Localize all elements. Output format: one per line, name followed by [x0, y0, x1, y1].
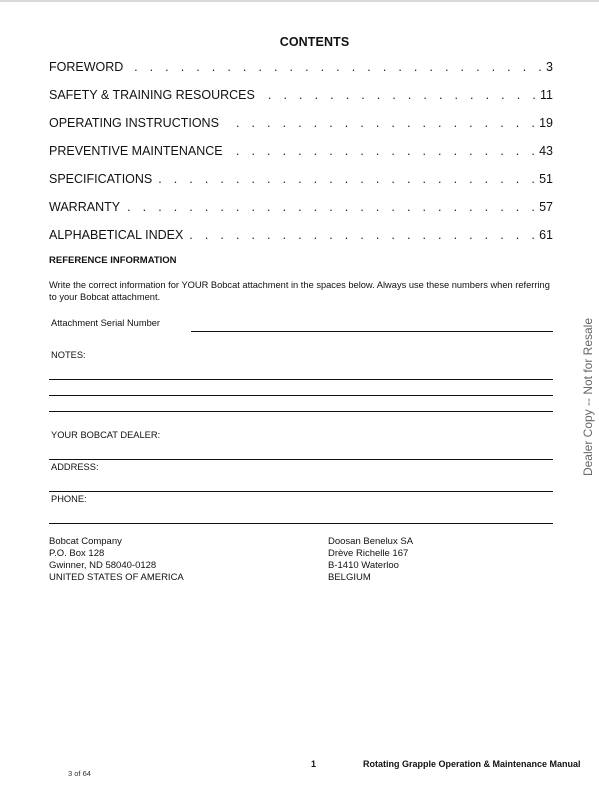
doosan-benelux-address: Doosan Benelux SA Drève Richelle 167 B-1… — [328, 536, 413, 584]
address-line: P.O. Box 128 — [49, 548, 184, 560]
address-line: Drève Richelle 167 — [328, 548, 413, 560]
toc-entry-operating[interactable]: OPERATING INSTRUCTIONS . . . . . . . . .… — [49, 116, 553, 132]
toc-leader-dots: . . . . . . . . . . . . . . . . . . . . … — [127, 60, 546, 74]
toc-leader-dots: . . . . . . . . . . . . . . . . . . . . … — [156, 172, 539, 186]
toc-entry-label: FOREWORD — [49, 60, 127, 74]
toc-entry-page: 11 — [540, 88, 553, 102]
toc-entry-specifications[interactable]: SPECIFICATIONS . . . . . . . . . . . . .… — [49, 172, 553, 188]
toc-entry-page: 3 — [546, 60, 553, 74]
notes-line — [49, 395, 553, 396]
address-line: Bobcat Company — [49, 536, 184, 548]
toc-entry-label: PREVENTIVE MAINTENANCE — [49, 144, 227, 158]
toc-entry-label: OPERATING INSTRUCTIONS — [49, 116, 223, 130]
serial-number-label: Attachment Serial Number — [51, 318, 160, 328]
toc-leader-dots: . . . . . . . . . . . . . . . . . . . . … — [227, 144, 539, 158]
toc-leader-dots: . . . . . . . . . . . . . . . . . . . . … — [124, 200, 539, 214]
page-count-indicator: 3 of 64 — [68, 769, 91, 778]
toc-leader-dots: . . . . . . . . . . . . . . . . . . . . … — [187, 228, 539, 242]
toc-entry-page: 43 — [539, 144, 553, 158]
toc-entry-safety[interactable]: SAFETY & TRAINING RESOURCES . . . . . . … — [49, 88, 553, 104]
toc-entry-page: 51 — [539, 172, 553, 186]
toc-entry-label: SAFETY & TRAINING RESOURCES — [49, 88, 259, 102]
bobcat-company-address: Bobcat Company P.O. Box 128 Gwinner, ND … — [49, 536, 184, 584]
toc-entry-page: 57 — [539, 200, 553, 214]
footer-manual-title: Rotating Grapple Operation & Maintenance… — [363, 759, 581, 769]
dealer-label: YOUR BOBCAT DEALER: — [51, 430, 160, 440]
reference-heading: REFERENCE INFORMATION — [49, 255, 177, 266]
address-line — [49, 491, 553, 492]
dealer-line — [49, 459, 553, 460]
notes-line — [49, 411, 553, 412]
footer-page-number: 1 — [311, 759, 316, 769]
address-line: UNITED STATES OF AMERICA — [49, 572, 184, 584]
reference-instructions: Write the correct information for YOUR B… — [49, 279, 559, 303]
contents-title: CONTENTS — [0, 35, 599, 49]
toc-entry-warranty[interactable]: WARRANTY . . . . . . . . . . . . . . . .… — [49, 200, 553, 216]
phone-line — [49, 523, 553, 524]
toc-entry-page: 19 — [539, 116, 553, 130]
address-line: Doosan Benelux SA — [328, 536, 413, 548]
notes-label: NOTES: — [51, 350, 86, 360]
address-label: ADDRESS: — [51, 462, 99, 472]
toc-leader-dots: . . . . . . . . . . . . . . . . . . . . … — [259, 88, 540, 102]
toc-entry-foreword[interactable]: FOREWORD . . . . . . . . . . . . . . . .… — [49, 60, 553, 76]
toc-entry-label: WARRANTY — [49, 200, 124, 214]
address-line: B-1410 Waterloo — [328, 560, 413, 572]
toc-entry-maintenance[interactable]: PREVENTIVE MAINTENANCE . . . . . . . . .… — [49, 144, 553, 160]
notes-line — [49, 379, 553, 380]
dealer-copy-watermark: Dealer Copy -- Not for Resale — [581, 318, 595, 476]
serial-number-line — [191, 331, 553, 332]
phone-label: PHONE: — [51, 494, 87, 504]
address-line: Gwinner, ND 58040-0128 — [49, 560, 184, 572]
address-line: BELGIUM — [328, 572, 413, 584]
toc-entry-index[interactable]: ALPHABETICAL INDEX . . . . . . . . . . .… — [49, 228, 553, 244]
toc-entry-label: ALPHABETICAL INDEX — [49, 228, 187, 242]
viewer-top-border — [0, 0, 599, 2]
toc-entry-page: 61 — [539, 228, 553, 242]
toc-entry-label: SPECIFICATIONS — [49, 172, 156, 186]
toc-leader-dots: . . . . . . . . . . . . . . . . . . . . … — [223, 116, 539, 130]
